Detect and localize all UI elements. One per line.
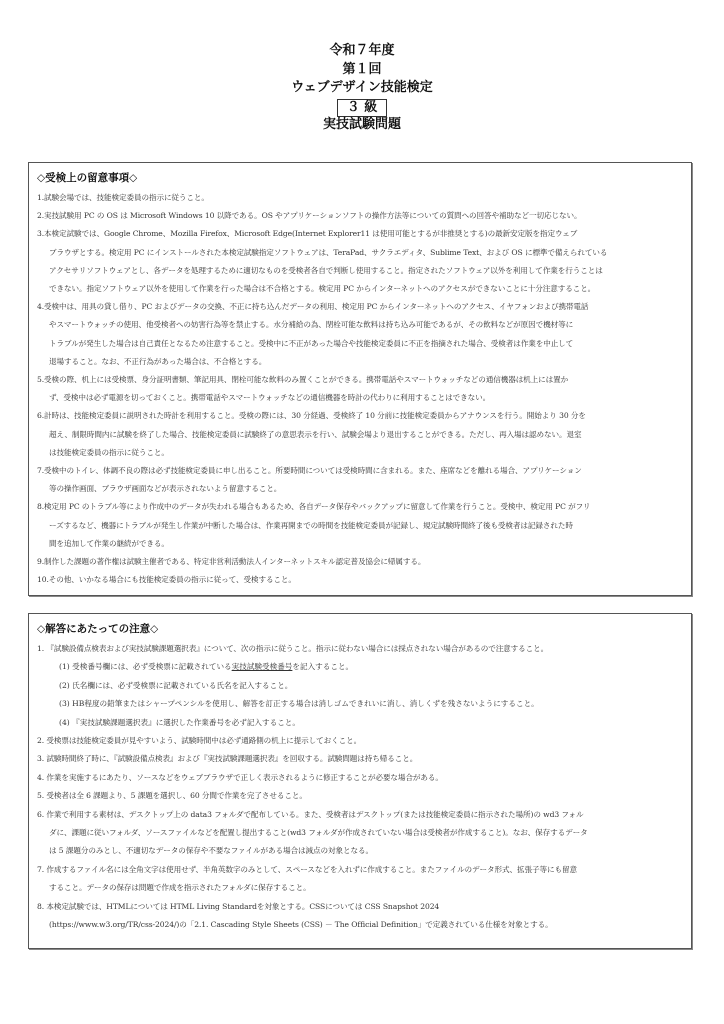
exam-title-block: 令和７年度 第１回 ウェブデザイン技能検定 ３ 級 実技試験問題 bbox=[0, 42, 724, 135]
answer-sub-item: (1) 受検番号欄には、必ず受検票に記載されている実技試験受検番号を記入すること… bbox=[37, 658, 683, 676]
exam-notes-box: ◇受検上の留意事項◇ 1.試験会場では、技能検定委員の指示に従うこと。2.実技試… bbox=[28, 162, 692, 596]
answer-note-item: 5. 受検者は全 6 課題より、5 課題を選択し、60 分間で作業を完了させるこ… bbox=[37, 787, 683, 805]
exam-note-item: 9.制作した課題の著作権は試験主催者である、特定非営利活動法人インターネットスキ… bbox=[37, 553, 683, 571]
exam-note-item: 6.計時は、技能検定委員に説明された時計を利用すること。受検の際には、30 分経… bbox=[37, 407, 683, 462]
exam-era: 令和７年度 bbox=[0, 42, 724, 61]
answer-notes-box: ◇解答にあたっての注意◇ 1. 『試験設備点検表および実技試験課題選択表』につい… bbox=[28, 613, 692, 949]
answer-note-item: 8. 本検定試験では、HTMLについては HTML Living Standar… bbox=[37, 898, 683, 935]
exam-note-item: 10.その他、いかなる場合にも技能検定委員の指示に従って、受検すること。 bbox=[37, 571, 683, 589]
exam-note-item: 7.受検中のトイレ、体調不良の際は必ず技能検定委員に申し出ること。所要時間につい… bbox=[37, 462, 683, 498]
exam-note-item: 4.受検中は、用具の貸し借り、PC およびデータの交換、不正に持ち込んだデータの… bbox=[37, 298, 683, 371]
answer-sub-item: (3) HB程度の鉛筆またはシャープペンシルを使用し、解答を訂正する場合は消しゴ… bbox=[37, 695, 683, 713]
exam-note-item: 2.実技試験用 PC の OS は Microsoft Windows 10 以… bbox=[37, 207, 683, 225]
exam-note-item: 1.試験会場では、技能検定委員の指示に従うこと。 bbox=[37, 189, 683, 207]
answer-note-item: 3. 試験時間終了時に、『試験設備点検表』および『実技試験課題選択表』を回収する… bbox=[37, 750, 683, 768]
exam-round: 第１回 bbox=[0, 61, 724, 80]
exam-subtitle: 実技試験問題 bbox=[0, 116, 724, 135]
answer-note-item: 4. 作業を実施するにあたり、ソースなどをウェブブラウザで正しく表示されるように… bbox=[37, 769, 683, 787]
exam-note-item: 8.検定用 PC のトラブル等により作成中のデータが失われる場合もあるため、各自… bbox=[37, 498, 683, 553]
exam-notes-list: 1.試験会場では、技能検定委員の指示に従うこと。2.実技試験用 PC の OS … bbox=[37, 189, 683, 589]
answer-note-item: 2. 受検票は技能検定委員が見やすいよう、試験時間中は必ず通路側の机上に提示して… bbox=[37, 732, 683, 750]
answer-note-item: 6. 作業で利用する素材は、デスクトップ上の data3 フォルダで配布している… bbox=[37, 806, 683, 861]
answer-note-item: 7. 作成するファイル名には全角文字は使用せず、半角英数字のみとして、スペースな… bbox=[37, 861, 683, 898]
exam-name: ウェブデザイン技能検定 bbox=[0, 79, 724, 98]
grade-badge: ３ 級 bbox=[337, 99, 388, 117]
answer-notes-heading: ◇解答にあたっての注意◇ bbox=[37, 622, 683, 637]
answer-sub-item: (2) 氏名欄には、必ず受検票に記載されている氏名を記入すること。 bbox=[37, 677, 683, 695]
answer-sub-list: (1) 受検番号欄には、必ず受検票に記載されている実技試験受検番号を記入すること… bbox=[37, 658, 683, 732]
answer-notes-list: 2. 受検票は技能検定委員が見やすいよう、試験時間中は必ず通路側の机上に提示して… bbox=[37, 732, 683, 934]
exam-note-item: 5.受検の際、机上には受検票、身分証明書類、筆記用具、閉栓可能な飲料のみ置くこと… bbox=[37, 371, 683, 407]
answer-note-item: 1. 『試験設備点検表および実技試験課題選択表』について、次の指示に従うこと。指… bbox=[37, 640, 683, 658]
exam-note-item: 3.本検定試験では、Google Chrome、Mozilla Firefox、… bbox=[37, 225, 683, 298]
exam-notes-heading: ◇受検上の留意事項◇ bbox=[37, 171, 683, 186]
answer-sub-item: (4) 『実技試験課題選択表』に選択した作業番号を必ず記入すること。 bbox=[37, 714, 683, 732]
